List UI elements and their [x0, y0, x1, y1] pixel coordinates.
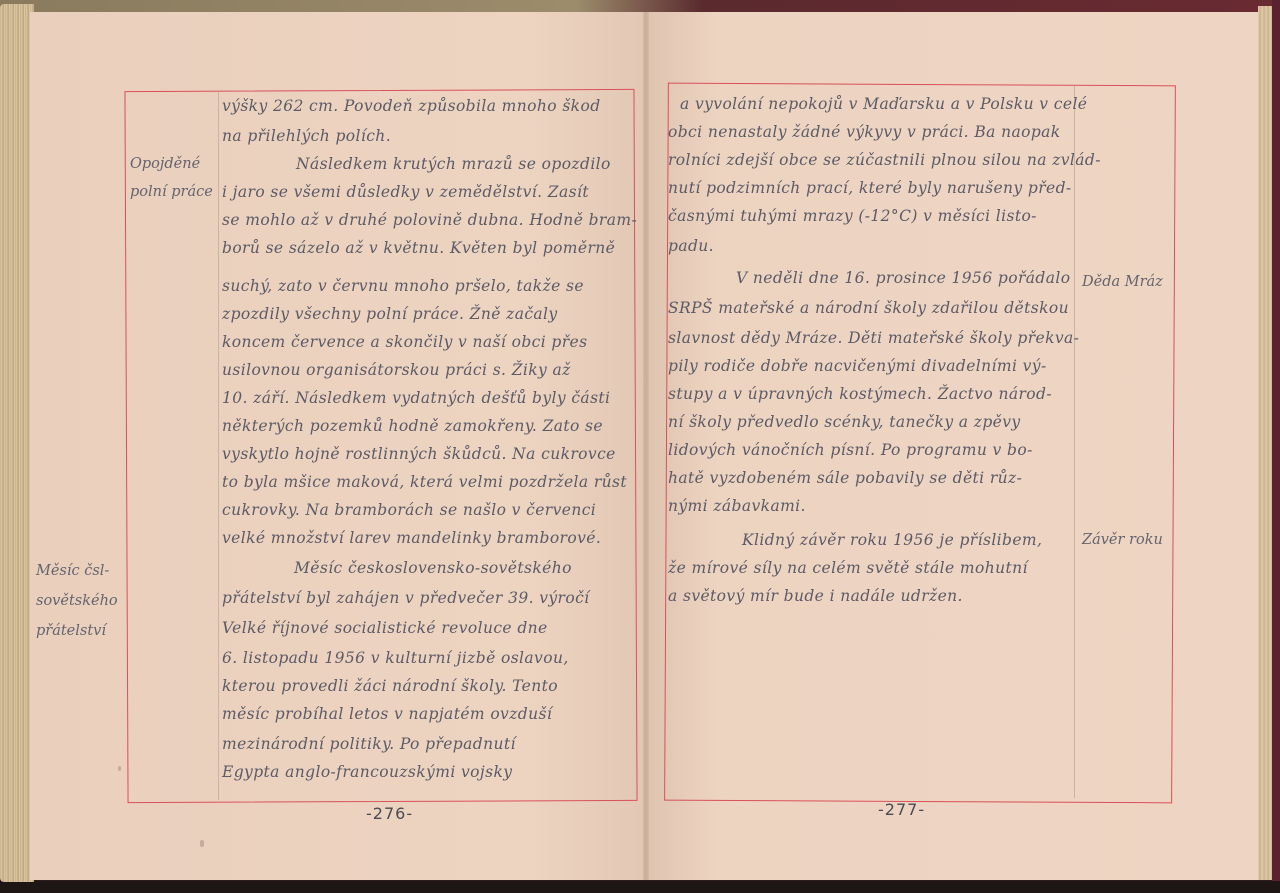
margin-note-delayed-fieldwork: Opojděné polní práce: [130, 150, 213, 206]
text-line: vyskytlo hojně rostlinných škůdců. Na cu…: [222, 444, 616, 464]
right-page-number: -277-: [878, 800, 925, 819]
text-line: ní školy předvedlo scénky, tanečky a zpě…: [668, 412, 1021, 432]
text-line: Následkem krutých mrazů se opozdilo: [296, 154, 611, 174]
text-line: cukrovky. Na bramborách se našlo v červe…: [222, 500, 596, 520]
text-line: i jaro se všemi důsledky v zemědělství. …: [222, 182, 589, 202]
text-line: přátelství byl zahájen v předvečer 39. v…: [222, 588, 590, 608]
text-line: suchý, zato v červnu mnoho pršelo, takže…: [222, 276, 584, 296]
margin-note-line: Děda Mráz: [1082, 268, 1163, 296]
margin-note-line: Závěr roku: [1082, 526, 1163, 554]
text-line: borů se sázelo až v květnu. Květen byl p…: [222, 238, 615, 258]
text-line: Klidný závěr roku 1956 je příslibem,: [742, 530, 1042, 550]
text-line: 6. listopadu 1956 v kulturní jizbě oslav…: [222, 648, 569, 668]
text-line: výšky 262 cm. Povodeň způsobila mnoho šk…: [222, 96, 601, 116]
text-line: rolníci zdejší obce se zúčastnili plnou …: [668, 150, 1101, 170]
paper-smudge: [200, 840, 204, 847]
text-line: padu.: [668, 236, 714, 256]
text-line: že mírové síly na celém světě stále mohu…: [668, 558, 1028, 578]
text-line: obci nenastaly žádné výkyvy v práci. Ba …: [668, 122, 1061, 142]
text-line: a vyvolání nepokojů v Maďarsku a v Polsk…: [680, 94, 1087, 114]
text-line: nými zábavkami.: [668, 496, 806, 516]
text-line: mezinárodní politiky. Po přepadnutí: [222, 734, 516, 754]
text-line: se mohlo až v druhé polovině dubna. Hodn…: [222, 210, 637, 230]
page-edges-left: [0, 4, 34, 882]
text-line: a světový mír bude i nadále udržen.: [668, 586, 963, 606]
page-edges-right: [1258, 6, 1272, 880]
text-line: na přilehlých polích.: [222, 126, 391, 146]
text-line: koncem července a skončily v naší obci p…: [222, 332, 587, 352]
right-margin-rule: [1074, 86, 1075, 798]
margin-note-friendship-month: Měsíc čsl- sovětského přátelství: [36, 556, 118, 646]
left-margin-rule: [218, 92, 219, 800]
margin-note-line: přátelství: [36, 616, 118, 646]
text-line: Měsíc československo-sovětského: [294, 558, 572, 578]
margin-note-line: polní práce: [130, 178, 213, 206]
text-line: usilovnou organisátorskou práci s. Žiky …: [222, 360, 571, 380]
text-line: některých pozemků hodně zamokřeny. Zato …: [222, 416, 603, 436]
text-line: hatě vyzdobeném sále pobavily se děti rů…: [668, 468, 1022, 488]
text-line: měsíc probíhal letos v napjatém ovzduší: [222, 704, 552, 724]
text-line: časnými tuhými mrazy (-12°C) v měsíci li…: [668, 206, 1037, 226]
margin-note-line: sovětského: [36, 586, 118, 616]
text-line: velké množství larev mandelinky bramboro…: [222, 528, 601, 548]
text-line: lidových vánočních písní. Po programu v …: [668, 440, 1033, 460]
text-line: slavnost dědy Mráze. Děti mateřské školy…: [668, 328, 1079, 348]
text-line: to byla mšice maková, která velmi pozdrž…: [222, 472, 627, 492]
left-page-number: -276-: [366, 804, 413, 823]
text-line: kterou provedli žáci národní školy. Tent…: [222, 676, 558, 696]
text-line: Velké říjnové socialistické revoluce dne: [222, 618, 548, 638]
text-line: nutí podzimních prací, které byly naruše…: [668, 178, 1072, 198]
margin-note-line: Měsíc čsl-: [36, 556, 118, 586]
margin-note-year-end: Závěr roku: [1082, 526, 1163, 554]
text-line: V neděli dne 16. prosince 1956 pořádalo: [736, 268, 1070, 288]
text-line: stupy a v úpravných kostýmech. Žactvo ná…: [668, 384, 1052, 404]
text-line: zpozdily všechny polní práce. Žně začaly: [222, 304, 558, 324]
margin-note-grandfather-frost: Děda Mráz: [1082, 268, 1163, 296]
text-line: 10. září. Následkem vydatných dešťů byly…: [222, 388, 610, 408]
paper-smudge: [118, 766, 121, 771]
margin-note-line: Opojděné: [130, 150, 213, 178]
book-cover-right: [1272, 0, 1280, 893]
book-cover-bottom: [0, 881, 1280, 893]
book-gutter: [643, 12, 649, 880]
text-line: SRPŠ mateřské a národní školy zdařilou d…: [668, 298, 1069, 318]
text-line: Egypta anglo-francouzskými vojsky: [222, 762, 512, 782]
text-line: pily rodiče dobře nacvičenými divadelním…: [668, 356, 1047, 376]
